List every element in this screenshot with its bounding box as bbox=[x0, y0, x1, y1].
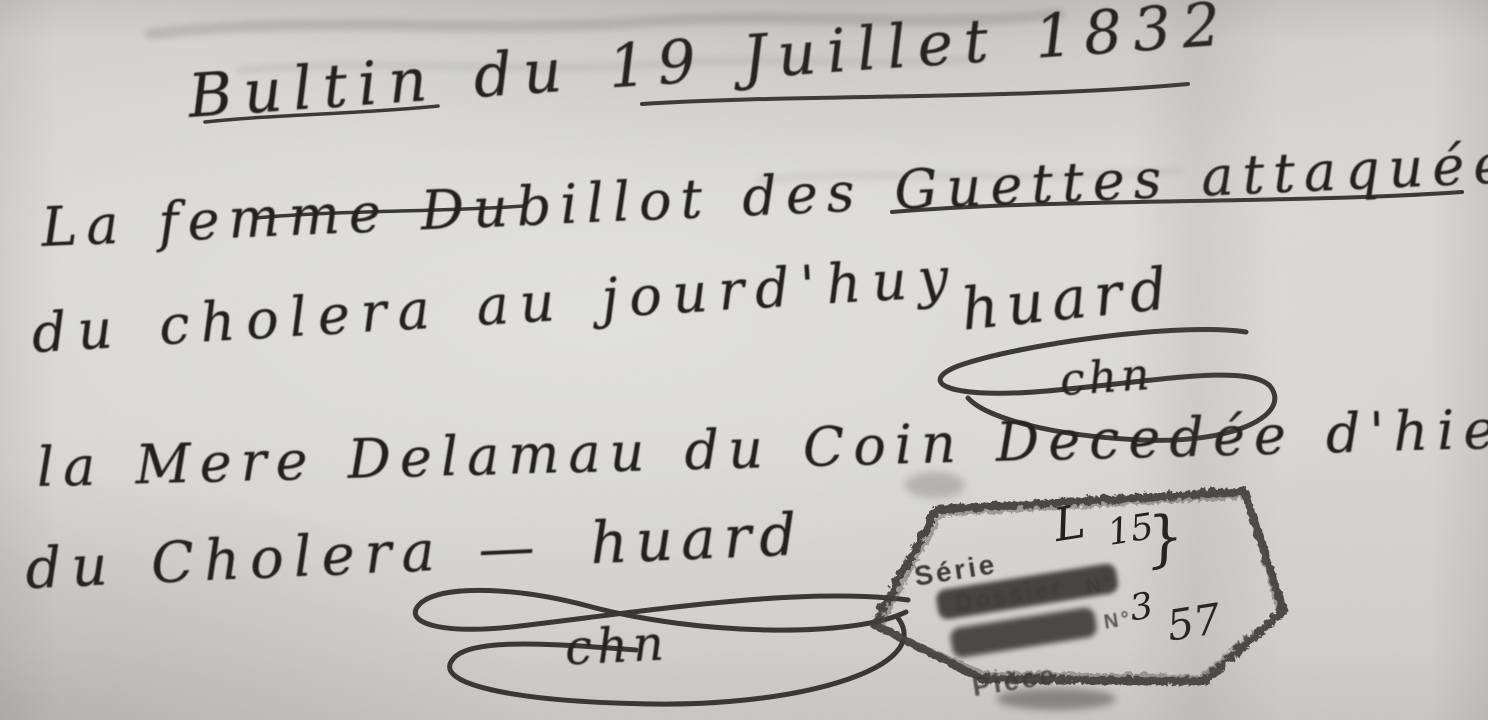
stamp-extra-value: 57 bbox=[1164, 594, 1225, 651]
entry1-paraph: chn bbox=[1058, 349, 1155, 406]
entry1-line1: La femme Dubillot des Guettes attaquée bbox=[40, 132, 1488, 259]
entry2-signature: huard bbox=[589, 500, 806, 577]
entry1-signature: huard bbox=[958, 254, 1178, 344]
stamp-piece-label: Pièce bbox=[970, 659, 1059, 702]
date-line: Bultin du 19 Juillet 1832 bbox=[186, 0, 1233, 132]
entry2-signature-flourish-oval bbox=[450, 618, 904, 704]
stamp-dossier-no-label: N° bbox=[1085, 572, 1117, 598]
scanned-document-page: Bultin du 19 Juillet 1832 La femme Dubil… bbox=[0, 0, 1488, 720]
entry2-line2-row: du Cholera — huard bbox=[24, 500, 806, 602]
entry2-line2: du Cholera — bbox=[24, 514, 546, 602]
entry2-paraph: chn bbox=[564, 615, 671, 676]
stamp-item-no-label: N° bbox=[1102, 608, 1134, 634]
archive-stamp-svg: Série Dossier N° N° Pièce L 15 } 3 57 bbox=[858, 468, 1304, 704]
archive-stamp: Série Dossier N° N° Pièce L 15 } 3 57 bbox=[858, 468, 1304, 704]
entry1-line2: du cholera au jourd'huy bbox=[30, 245, 961, 365]
stamp-brace: } bbox=[1140, 501, 1189, 576]
